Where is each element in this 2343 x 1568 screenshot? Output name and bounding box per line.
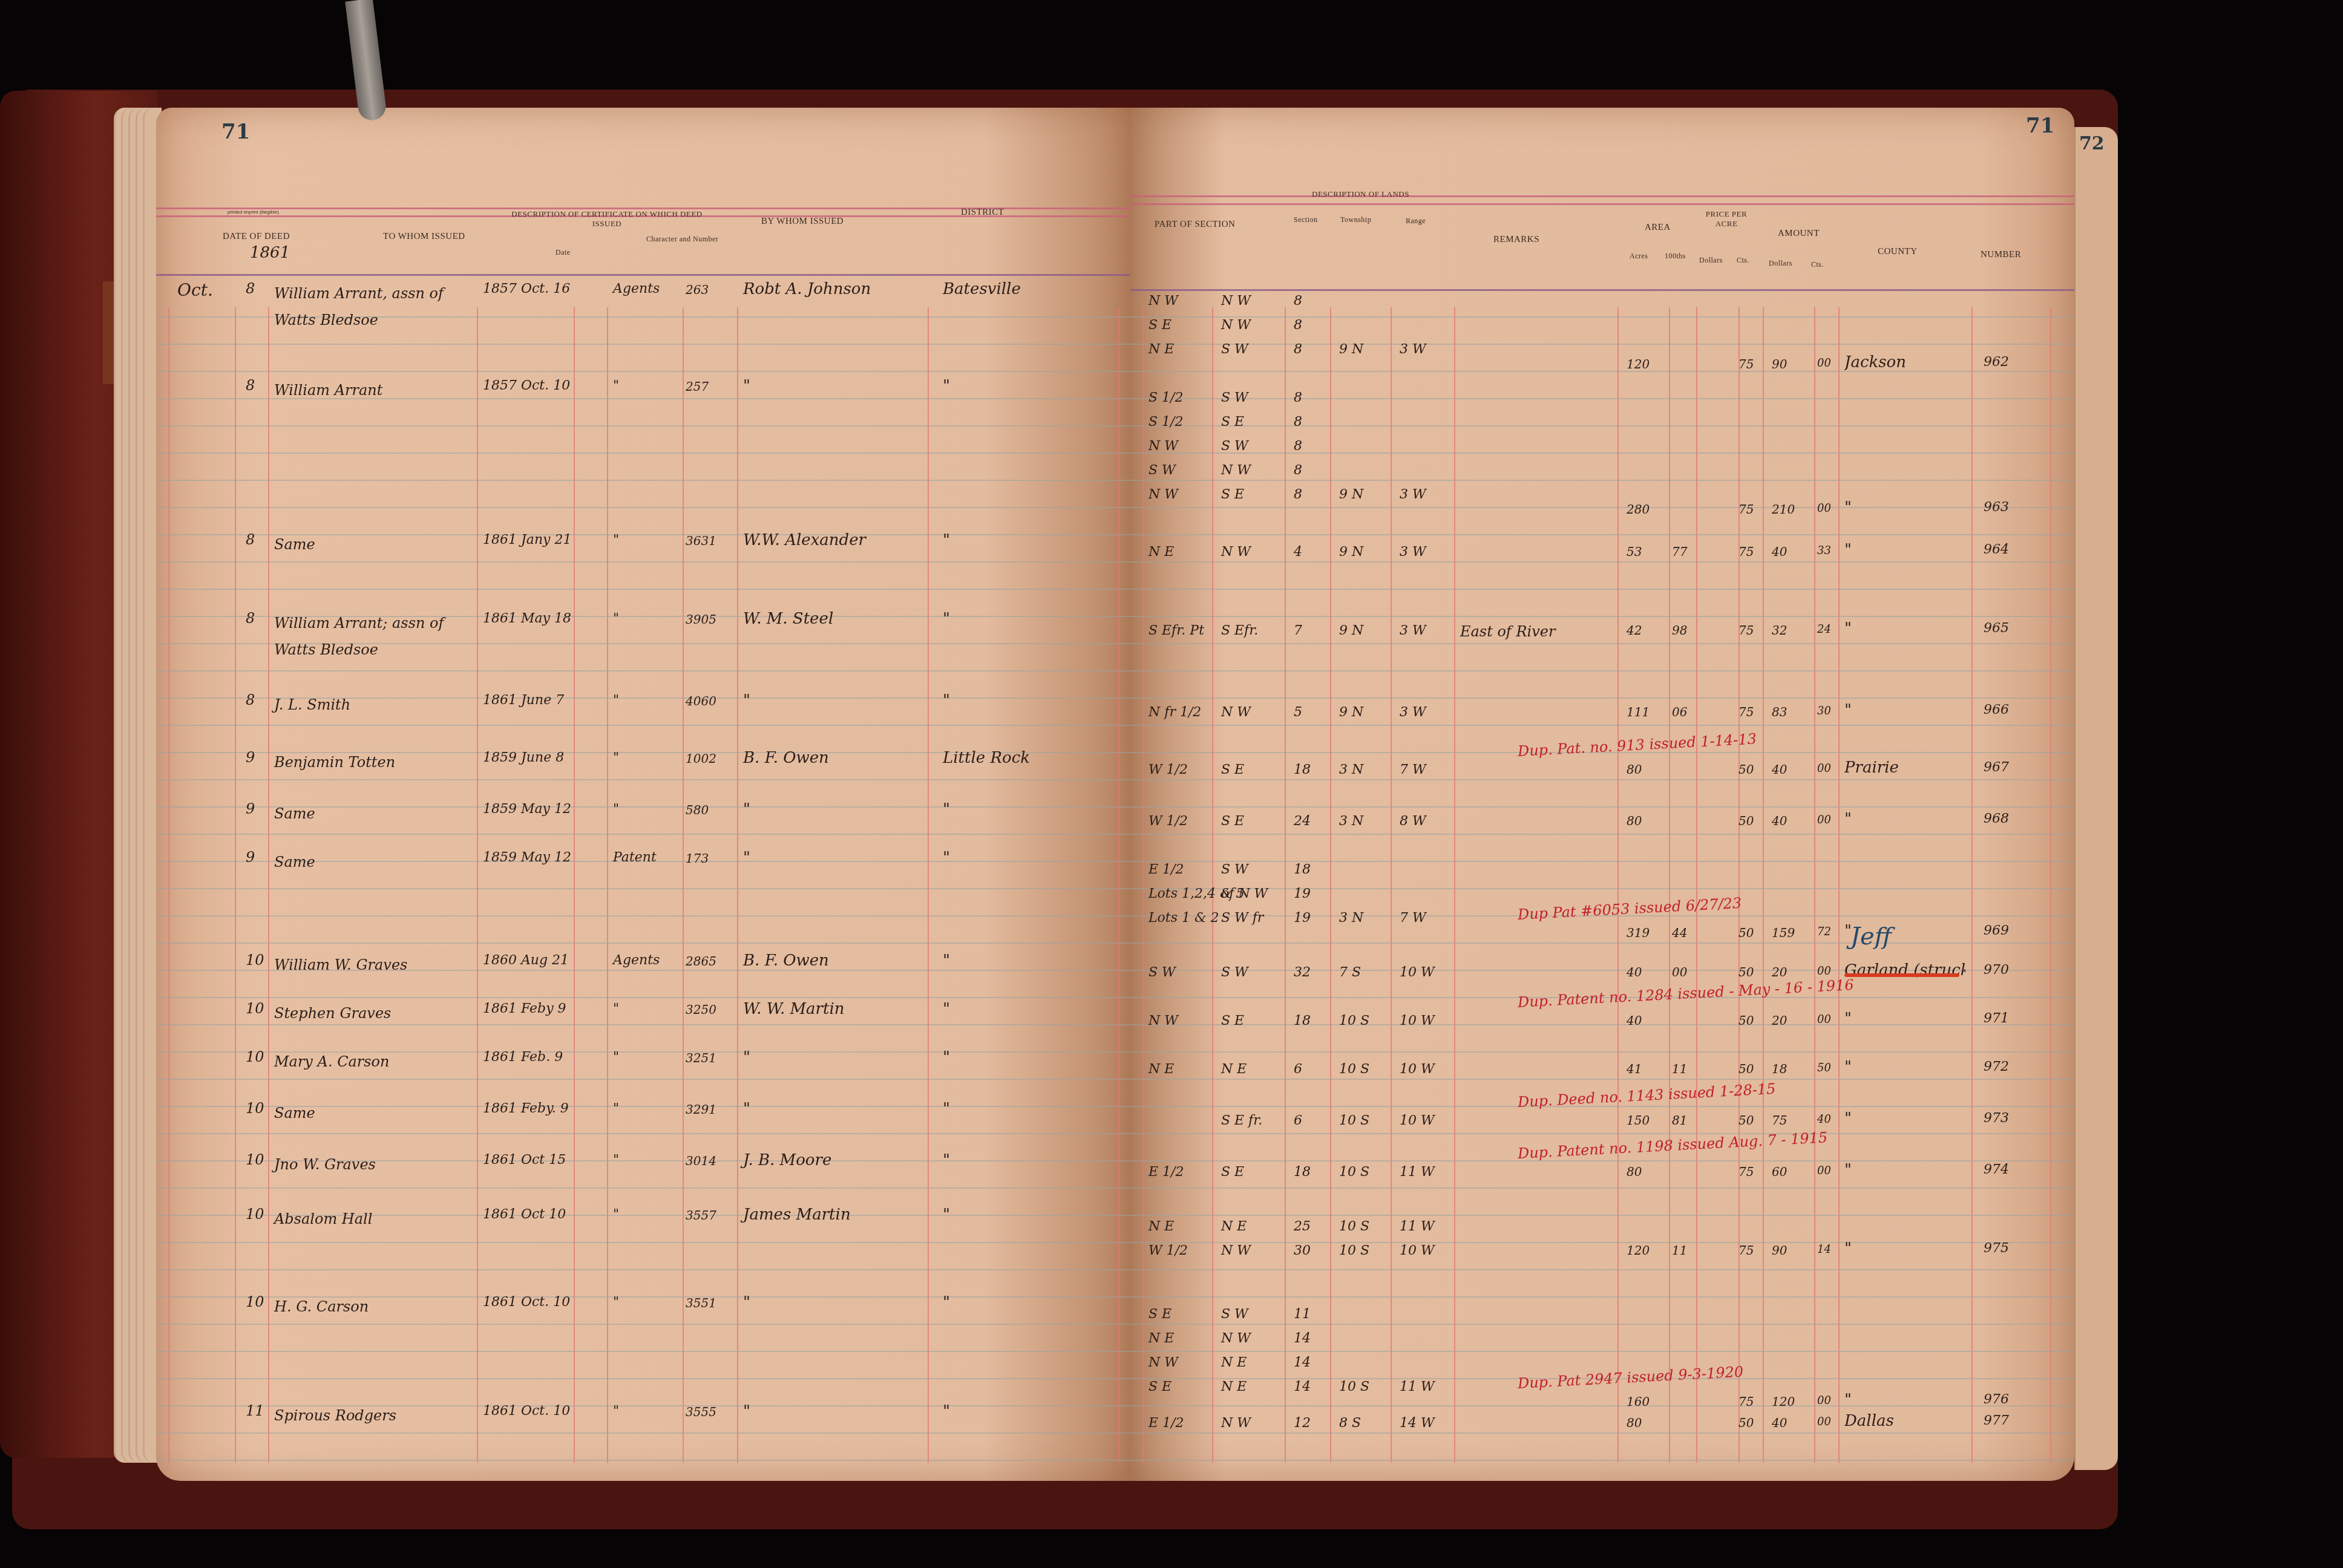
grantee-name: Spirous Rodgers	[274, 1402, 396, 1429]
part-of-section-quarter: N E	[1149, 1062, 1174, 1077]
ruled-line	[156, 1079, 1130, 1080]
ruled-line	[156, 888, 1130, 889]
ruled-line	[156, 1432, 1130, 1434]
section-number: 24	[1294, 814, 1311, 829]
grantee-name: William W. Graves	[274, 952, 407, 978]
area-hundredths: 06	[1672, 705, 1687, 719]
certificate-character: Agents	[613, 953, 660, 968]
ruled-line	[156, 1133, 1130, 1134]
deed-number: 969	[1984, 923, 2009, 938]
part-of-section-quarter: S E	[1149, 1307, 1171, 1322]
county: Dallas	[1844, 1412, 1894, 1430]
part-of-section-quarter: S E	[1149, 1379, 1171, 1394]
part-of-section-quarter: N W	[1149, 293, 1178, 309]
price-per-acre: 75	[1738, 357, 1754, 371]
area-hundredths: 00	[1672, 965, 1687, 979]
certificate-date: 1861 Oct. 10	[483, 1403, 570, 1419]
deed-month: Oct.	[177, 280, 213, 300]
district: "	[943, 1293, 950, 1312]
deed-day: 10	[246, 1000, 264, 1017]
section-number: 8	[1294, 463, 1302, 478]
header-price-cents: Cts.	[1737, 256, 1749, 265]
ruled-line	[156, 1378, 1130, 1379]
part-of-section: S W	[1221, 1307, 1248, 1322]
certificate-number: 263	[686, 283, 709, 297]
area-hundredths: 81	[1672, 1113, 1687, 1128]
certificate-date: 1861 Oct 10	[483, 1207, 566, 1222]
header-bottom-rule	[1130, 289, 2074, 291]
ruled-line	[1130, 942, 2074, 944]
certificate-number: 3014	[686, 1154, 716, 1168]
header-amount-cents: Cts.	[1811, 260, 1824, 269]
issuing-officer: "	[743, 1100, 750, 1118]
part-of-section-quarter: W 1/2	[1149, 1243, 1188, 1258]
part-of-section: S Efr.	[1221, 623, 1258, 638]
grantee-name: Same	[274, 531, 315, 558]
issuing-officer: "	[743, 849, 750, 867]
deed-number: 968	[1984, 811, 2009, 826]
price-per-acre: 75	[1738, 705, 1754, 719]
ruled-line	[1130, 589, 2074, 590]
ruled-line	[156, 1460, 1130, 1461]
part-of-section: S E	[1221, 814, 1244, 829]
area-acres: 319	[1627, 926, 1650, 940]
duplicate-issued-annotation: Dup. Pat. no. 913 issued 1-14-13	[1517, 730, 1757, 760]
district: "	[943, 1402, 950, 1420]
amount-dollars: 40	[1772, 1416, 1787, 1430]
amount-cents: 50	[1817, 1062, 1831, 1074]
amount-dollars: 75	[1772, 1113, 1787, 1128]
district: "	[943, 1048, 950, 1067]
section-number: 19	[1294, 910, 1311, 926]
deed-number: 974	[1984, 1162, 2009, 1177]
certificate-number: 3905	[686, 612, 716, 627]
part-of-section-quarter: E 1/2	[1149, 1165, 1184, 1180]
amount-dollars: 83	[1772, 705, 1787, 719]
ruled-line	[156, 425, 1130, 426]
amount-cents: 00	[1817, 1013, 1831, 1026]
certificate-character: "	[613, 378, 619, 393]
remarks: East of River	[1460, 623, 1555, 640]
issuing-officer: "	[743, 800, 750, 818]
ruled-line	[156, 1324, 1130, 1325]
section-number: 14	[1294, 1331, 1311, 1346]
part-of-section: S E	[1221, 487, 1244, 502]
county: "	[1844, 701, 1852, 719]
ruled-line	[1130, 834, 2074, 835]
ruled-line	[156, 1351, 1130, 1352]
amount-cents: 00	[1817, 1416, 1831, 1428]
ruled-line	[156, 1269, 1130, 1270]
price-per-acre: 50	[1738, 965, 1754, 979]
part-of-section: S W	[1221, 390, 1248, 405]
ruled-line	[1130, 1187, 2074, 1189]
header-township: Township	[1340, 215, 1371, 224]
price-per-acre: 50	[1738, 926, 1754, 940]
ruled-line	[1130, 452, 2074, 454]
district: "	[943, 849, 950, 867]
part-of-section: S E	[1221, 1165, 1244, 1180]
area-acres: 111	[1627, 705, 1650, 719]
part-of-section: N E	[1221, 1062, 1247, 1077]
ruled-line	[1130, 398, 2074, 399]
deed-number: 963	[1984, 500, 2009, 515]
area-acres: 80	[1627, 1416, 1642, 1430]
section-number: 8	[1294, 293, 1302, 309]
price-per-acre: 50	[1738, 1062, 1754, 1076]
district: "	[943, 952, 950, 970]
amount-dollars: 90	[1772, 1243, 1787, 1258]
certificate-character: "	[613, 1001, 619, 1016]
header-area: Area	[1645, 223, 1671, 233]
county: "	[1844, 1010, 1852, 1028]
part-of-section: N E	[1221, 1355, 1247, 1370]
header-by-whom-issued: By Whom Issued	[761, 217, 844, 227]
part-of-section: S E	[1221, 762, 1244, 777]
grantee-name: Benjamin Totten	[274, 749, 395, 776]
amount-dollars: 60	[1772, 1165, 1787, 1179]
ruled-line	[1130, 1215, 2074, 1216]
grantee-name: Same	[274, 849, 315, 875]
part-of-section: S W	[1221, 439, 1248, 454]
amount-cents: 72	[1817, 926, 1831, 938]
deed-day: 10	[246, 1151, 264, 1168]
township: 10 S	[1339, 1379, 1369, 1394]
certificate-character: "	[613, 1295, 619, 1310]
amount-dollars: 40	[1772, 814, 1787, 828]
grantee-name: Mary A. Carson	[274, 1048, 390, 1075]
ruled-line	[156, 834, 1130, 835]
district: "	[943, 800, 950, 818]
certificate-number: 4060	[686, 694, 716, 708]
ruled-line	[1130, 779, 2074, 780]
amount-dollars: 90	[1772, 357, 1787, 371]
certificate-character: "	[613, 611, 619, 626]
township: 10 S	[1339, 1243, 1369, 1258]
ruled-line	[156, 725, 1130, 726]
part-of-section: of N W	[1221, 886, 1268, 901]
part-of-section-quarter: N E	[1149, 1331, 1174, 1346]
certificate-date: 1861 Feby 9	[483, 1001, 566, 1016]
district: "	[943, 691, 950, 710]
section-number: 6	[1294, 1113, 1302, 1128]
certificate-character: "	[613, 1152, 619, 1168]
header-range: Range	[1406, 217, 1426, 226]
part-of-section-quarter: W 1/2	[1149, 814, 1188, 829]
ruled-line	[1130, 1405, 2074, 1406]
certificate-date: 1857 Oct. 16	[483, 281, 570, 296]
county: "	[1844, 1109, 1852, 1128]
duplicate-issued-annotation: Dup Pat #6053 issued 6/27/23	[1517, 895, 1742, 923]
area-hundredths: 77	[1672, 544, 1687, 559]
range: 7 W	[1400, 910, 1426, 926]
part-of-section-quarter: W 1/2	[1149, 762, 1188, 777]
range: 7 W	[1400, 762, 1426, 777]
issuing-officer: "	[743, 1048, 750, 1067]
certificate-character: "	[613, 750, 619, 765]
section-number: 4	[1294, 544, 1302, 560]
certificate-date: 1861 Feb. 9	[483, 1050, 563, 1065]
certificate-number: 3250	[686, 1002, 716, 1017]
certificate-date: 1861 Oct 15	[483, 1152, 566, 1168]
part-of-section-quarter: N E	[1149, 342, 1174, 357]
ruled-line	[1130, 1160, 2074, 1161]
range: 14 W	[1400, 1416, 1435, 1431]
issuing-officer: Robt A. Johnson	[743, 280, 871, 298]
ruled-line	[1130, 1079, 2074, 1080]
deed-day: 8	[246, 531, 255, 548]
section-number: 18	[1294, 1013, 1311, 1028]
deed-day: 9	[246, 849, 255, 866]
ruled-line	[1130, 806, 2074, 808]
part-of-section-quarter: N W	[1149, 439, 1178, 454]
certificate-date: 1857 Oct. 10	[483, 378, 570, 393]
right-page: 71 Description of Lands Part of Section …	[1130, 108, 2074, 1481]
amount-cents: 24	[1817, 623, 1831, 636]
deed-day: 10	[246, 1048, 264, 1065]
header-date-of-deed: Date of Deed	[223, 232, 290, 242]
certificate-number: 1002	[686, 751, 716, 766]
part-of-section: N W	[1221, 705, 1251, 720]
ruled-line	[1130, 480, 2074, 481]
header-rule	[1130, 203, 2074, 205]
grantee-name: Stephen Graves	[274, 1000, 391, 1027]
issuing-officer: J. B. Moore	[743, 1151, 831, 1169]
district: "	[943, 1206, 950, 1224]
ruled-line	[156, 507, 1130, 508]
township: 9 N	[1339, 623, 1363, 638]
certificate-date: 1859 June 8	[483, 750, 564, 765]
area-acres: 80	[1627, 814, 1642, 828]
amount-dollars: 210	[1772, 502, 1795, 517]
ruled-line	[1130, 507, 2074, 508]
amount-cents: 00	[1817, 965, 1831, 978]
issuing-officer: W. W. Martin	[743, 1000, 844, 1018]
county: "	[1844, 1391, 1852, 1409]
township: 10 S	[1339, 1062, 1369, 1077]
header-part-of-section: Part of Section	[1155, 220, 1235, 230]
ruled-line	[1130, 697, 2074, 699]
ruled-line	[1130, 534, 2074, 535]
header-lands-group: Description of Lands	[1312, 189, 1409, 199]
township: 3 N	[1339, 910, 1363, 926]
amount-cents: 14	[1817, 1243, 1831, 1256]
ruled-line	[156, 561, 1130, 563]
header-bottom-rule	[156, 274, 1130, 276]
part-of-section-quarter: N W	[1149, 1355, 1178, 1370]
ruled-line	[1130, 1051, 2074, 1053]
ruled-line	[1130, 1242, 2074, 1243]
certificate-character: Agents	[613, 281, 660, 296]
certificate-date: 1860 Aug 21	[483, 953, 569, 968]
township: 9 N	[1339, 342, 1363, 357]
amount-dollars: 40	[1772, 762, 1787, 777]
part-of-section: N W	[1221, 1331, 1251, 1346]
issuing-officer: "	[743, 377, 750, 395]
part-of-section: N E	[1221, 1379, 1247, 1394]
county: Jackson	[1844, 353, 1906, 371]
ruled-line	[1130, 1133, 2074, 1134]
header-remarks: Remarks	[1493, 235, 1539, 245]
range: 3 W	[1400, 342, 1426, 357]
range: 10 W	[1400, 1062, 1435, 1077]
section-number: 18	[1294, 762, 1311, 777]
section-number: 30	[1294, 1243, 1311, 1258]
price-per-acre: 50	[1738, 1113, 1754, 1128]
section-number: 19	[1294, 886, 1311, 901]
county: "	[1844, 498, 1852, 517]
section-number: 18	[1294, 862, 1311, 877]
part-of-section: S E	[1221, 1013, 1244, 1028]
price-per-acre: 50	[1738, 1416, 1754, 1430]
certificate-number: 580	[686, 803, 709, 817]
ruled-line	[156, 1242, 1130, 1243]
certificate-character: "	[613, 1403, 619, 1419]
township: 3 N	[1339, 814, 1363, 829]
ruled-line	[156, 480, 1130, 481]
ruled-line	[156, 589, 1130, 590]
grantee-name: H. G. Carson	[274, 1293, 369, 1320]
certificate-character: "	[613, 802, 619, 817]
section-number: 14	[1294, 1379, 1311, 1394]
issuing-officer: James Martin	[743, 1206, 851, 1224]
certificate-number: 257	[686, 379, 709, 394]
ruled-line	[156, 344, 1130, 345]
ruled-line	[1130, 861, 2074, 862]
header-certificate-group: Description of Certificate on which Deed…	[507, 209, 707, 229]
certificate-number: 3555	[686, 1405, 716, 1419]
price-per-acre: 75	[1738, 1243, 1754, 1258]
initials-signature: Jeff	[1850, 923, 1892, 950]
header-number: Number	[1981, 250, 2021, 260]
ruled-line	[1130, 344, 2074, 345]
ruled-line	[156, 779, 1130, 780]
range: 3 W	[1400, 487, 1426, 502]
deed-number: 967	[1984, 760, 2009, 775]
deed-day: 11	[246, 1402, 264, 1419]
header-amount-dollars: Dollars	[1769, 259, 1792, 268]
area-acres: 40	[1627, 965, 1642, 979]
part-of-section: S E fr.	[1221, 1113, 1262, 1128]
section-number: 8	[1294, 318, 1302, 333]
deed-number: 965	[1984, 621, 2009, 636]
area-acres: 150	[1627, 1113, 1650, 1128]
header-rule	[1130, 195, 2074, 197]
ruled-line	[1130, 425, 2074, 426]
area-hundredths: 11	[1672, 1243, 1687, 1258]
ruled-line	[1130, 643, 2074, 644]
certificate-date: 1861 June 7	[483, 693, 564, 708]
duplicate-issued-annotation: Dup. Patent no. 1284 issued - May - 16 -…	[1517, 976, 1854, 1011]
range: 10 W	[1400, 965, 1435, 980]
issuing-officer: "	[743, 691, 750, 710]
section-number: 6	[1294, 1062, 1302, 1077]
certificate-character: Patent	[613, 850, 657, 865]
page-edges	[114, 108, 162, 1463]
header-amount: Amount	[1778, 229, 1820, 239]
amount-cents: 00	[1817, 1394, 1831, 1407]
right-page-number: 71	[2026, 114, 2054, 138]
ruled-line	[1130, 1296, 2074, 1298]
deed-number: 972	[1984, 1059, 2009, 1074]
county: "	[1844, 810, 1852, 828]
deed-day: 10	[246, 1293, 264, 1310]
section-number: 7	[1294, 623, 1302, 638]
issuing-officer: W.W. Alexander	[743, 531, 866, 549]
issuing-officer: W. M. Steel	[743, 610, 833, 628]
part-of-section: N W	[1221, 463, 1251, 478]
certificate-date: 1859 May 12	[483, 802, 571, 817]
amount-cents: 00	[1817, 814, 1831, 826]
county: "	[1844, 1161, 1852, 1179]
section-number: 25	[1294, 1219, 1311, 1234]
deed-number: 971	[1984, 1011, 2009, 1026]
part-of-section: S W	[1221, 342, 1248, 357]
certificate-number: 3551	[686, 1296, 716, 1310]
certificate-character: "	[613, 1101, 619, 1116]
deed-number: 970	[1984, 962, 2009, 978]
range: 10 W	[1400, 1013, 1435, 1028]
area-acres: 280	[1627, 502, 1650, 517]
ruled-line	[1130, 561, 2074, 563]
amount-dollars: 18	[1772, 1062, 1787, 1076]
ruled-line	[156, 942, 1130, 944]
certificate-number: 3291	[686, 1102, 716, 1117]
ruled-line	[156, 452, 1130, 454]
left-page: 71 printed imprint (illegible) Date of D…	[156, 108, 1130, 1481]
issuing-officer: B. F. Owen	[743, 749, 829, 767]
section-number: 12	[1294, 1416, 1311, 1431]
grantee-name: Jno W. Graves	[274, 1151, 376, 1178]
part-of-section: N W	[1221, 1416, 1251, 1431]
header-cert-char-number: Character and Number	[646, 235, 718, 244]
part-of-section-quarter: S Efr. Pt	[1149, 623, 1204, 638]
certificate-character: "	[613, 532, 619, 547]
ruled-line	[1130, 371, 2074, 372]
next-page-edge: 72	[2074, 127, 2118, 1470]
ruled-line	[156, 997, 1130, 998]
part-of-section: N W	[1221, 1243, 1251, 1258]
certificate-character: "	[613, 1050, 619, 1065]
header-to-whom-issued: To Whom Issued	[383, 232, 465, 242]
range: 3 W	[1400, 544, 1426, 560]
district: "	[943, 1100, 950, 1118]
ruled-line	[1130, 1351, 2074, 1352]
range: 8 W	[1400, 814, 1426, 829]
part-of-section-quarter: N E	[1149, 544, 1174, 560]
part-of-section-quarter: S W	[1149, 463, 1176, 478]
grantee-name: Absalom Hall	[274, 1206, 372, 1232]
section-number: 18	[1294, 1165, 1311, 1180]
certificate-date: 1859 May 12	[483, 850, 571, 865]
grantee-name: Same	[274, 1100, 315, 1126]
township: 3 N	[1339, 762, 1363, 777]
grantee-name: William Arrant; assn of Watts Bledsoe	[274, 610, 480, 663]
part-of-section-quarter: S 1/2	[1149, 390, 1183, 405]
area-hundredths: 11	[1672, 1062, 1687, 1076]
header-hundredths: 100ths	[1665, 252, 1686, 261]
part-of-section-quarter: S 1/2	[1149, 414, 1183, 430]
part-of-section-quarter: S W	[1149, 965, 1176, 980]
amount-cents: 00	[1817, 762, 1831, 775]
area-acres: 40	[1627, 1013, 1642, 1028]
county: "	[1844, 1240, 1852, 1258]
left-page-number: 71	[221, 120, 250, 144]
ruled-line	[156, 670, 1130, 671]
area-acres: 160	[1627, 1394, 1650, 1409]
ruled-line	[1130, 1432, 2074, 1434]
deed-number: 962	[1984, 354, 2009, 370]
